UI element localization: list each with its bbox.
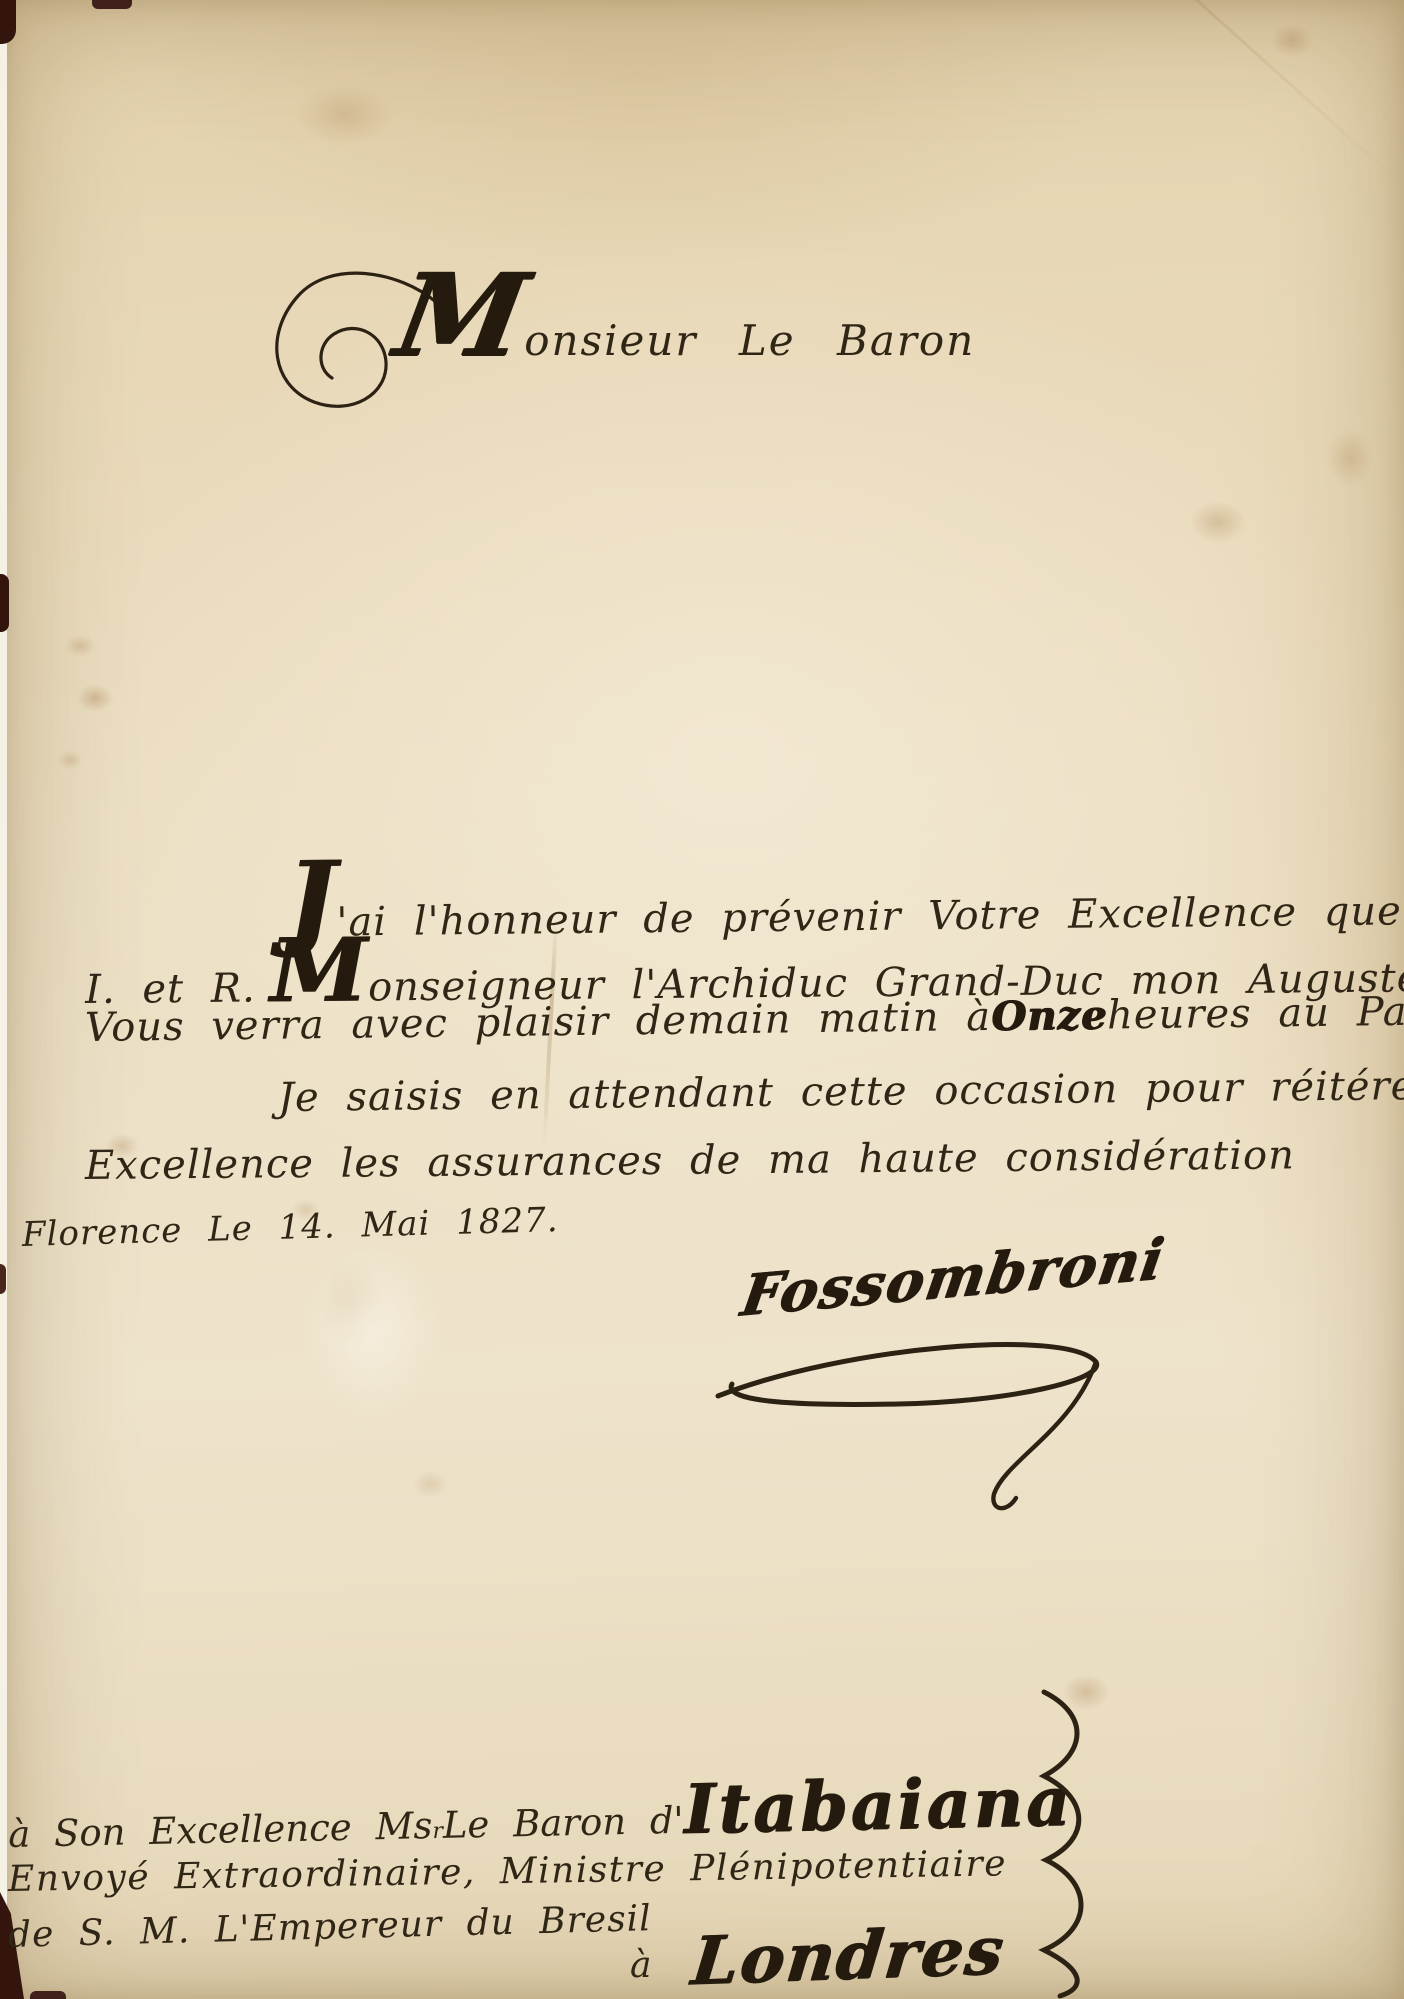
address-city: Londres	[689, 1917, 1008, 1994]
body-line-5: Excellence les assurances de ma haute co…	[85, 1135, 1295, 1186]
photo-edge-mark	[0, 574, 9, 632]
photo-edge-mark	[0, 1264, 6, 1294]
address-line-1-mid: Le Baron d'	[442, 1802, 684, 1844]
address-line-1-pre: à Son Excellence Ms	[8, 1807, 433, 1853]
address-line-4-prefix: à	[630, 1948, 651, 1984]
salutation: M onsieur Le Baron	[398, 258, 975, 372]
address-recipient-name: Itabaiana	[683, 1768, 1074, 1844]
photo-edge-mark	[92, 0, 132, 9]
body-line-3-pre: Vous verra avec plaisir demain matin à	[85, 997, 992, 1048]
body-line-3-bold: Onze	[991, 996, 1108, 1037]
photo-edge	[0, 0, 7, 1999]
salutation-text: onsieur Le Baron	[524, 320, 975, 362]
photo-edge-mark	[30, 1991, 66, 1999]
photo-edge-mark	[0, 0, 16, 44]
address-line-1-superscript: r	[432, 1821, 443, 1843]
letter-photograph: M onsieur Le Baron J 'ai l'honneur de pr…	[0, 0, 1404, 1999]
salutation-initial: M	[388, 258, 534, 372]
body-line-3-rest: heures au Palais Pitti.	[1107, 989, 1404, 1035]
